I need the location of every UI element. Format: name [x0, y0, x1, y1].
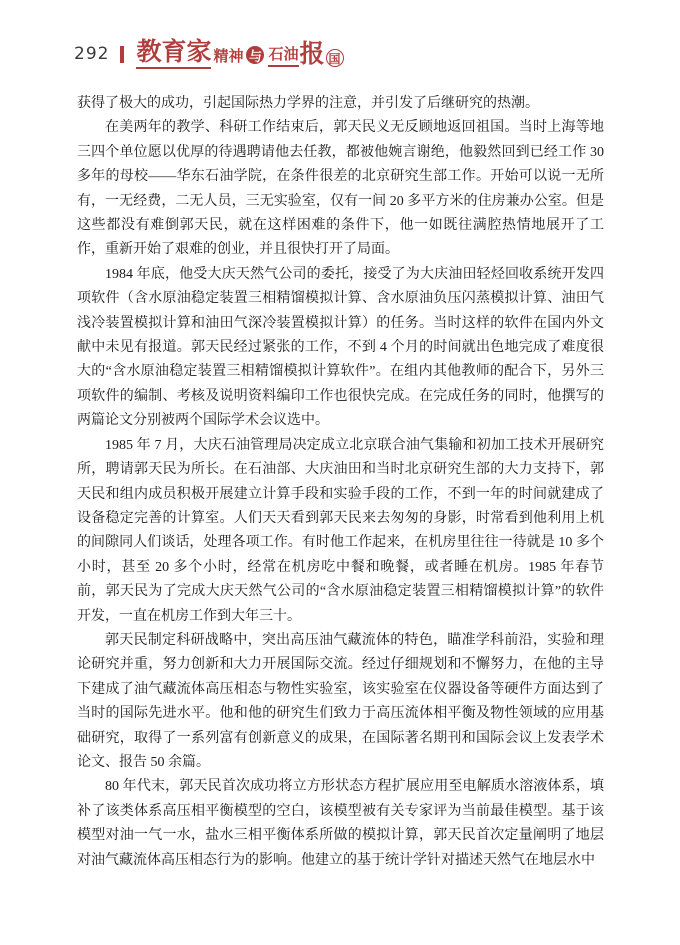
paragraph-1980s-equation: 80 年代末，郭天民首次成功将立方形状态方程扩展应用至电解质水溶液体系，填补了该…	[77, 775, 604, 873]
paragraph-return-to-china: 在美两年的教学、科研工作结束后，郭天民义无反顾地返回祖国。当时上海等地三四个单位…	[77, 116, 604, 262]
body-text: 获得了极大的成功，引起国际热力学界的注意，并引发了后继研究的热潮。 在美两年的教…	[77, 92, 604, 873]
book-page: 292 教育家 精神 与 石油 报 国 获得了极大的成功，引起国际热力学界的注意…	[0, 0, 680, 945]
header-divider-bar	[120, 46, 124, 63]
running-header: 292 教育家 精神 与 石油 报 国	[74, 38, 344, 70]
book-title-logo: 教育家 精神 与 石油 报 国	[136, 40, 343, 69]
logo-text-shiyou: 石油	[268, 48, 298, 67]
paragraph-research-strategy: 郭天民制定科研战略中，突出高压油气藏流体的特色，瞄准学科前沿，实验和理论研究并重…	[77, 629, 604, 775]
logo-guo-circle-badge: 国	[326, 49, 344, 67]
paragraph-1984-software: 1984 年底，他受大庆天然气公司的委托，接受了为大庆油田轻烃回收系统开发四项软…	[77, 263, 604, 434]
logo-yu-circle-badge: 与	[246, 46, 264, 64]
paragraph-1985-institute: 1985 年 7 月，大庆石油管理局决定成立北京联合油气集输和初加工技术开展研究…	[77, 434, 604, 629]
paragraph-continuation: 获得了极大的成功，引起国际热力学界的注意，并引发了后继研究的热潮。	[77, 92, 604, 116]
logo-text-jiaoyujia: 教育家	[136, 40, 211, 69]
page-number: 292	[74, 44, 109, 64]
logo-text-jingshen: 精神	[213, 50, 243, 65]
logo-text-bao: 报	[300, 42, 325, 67]
